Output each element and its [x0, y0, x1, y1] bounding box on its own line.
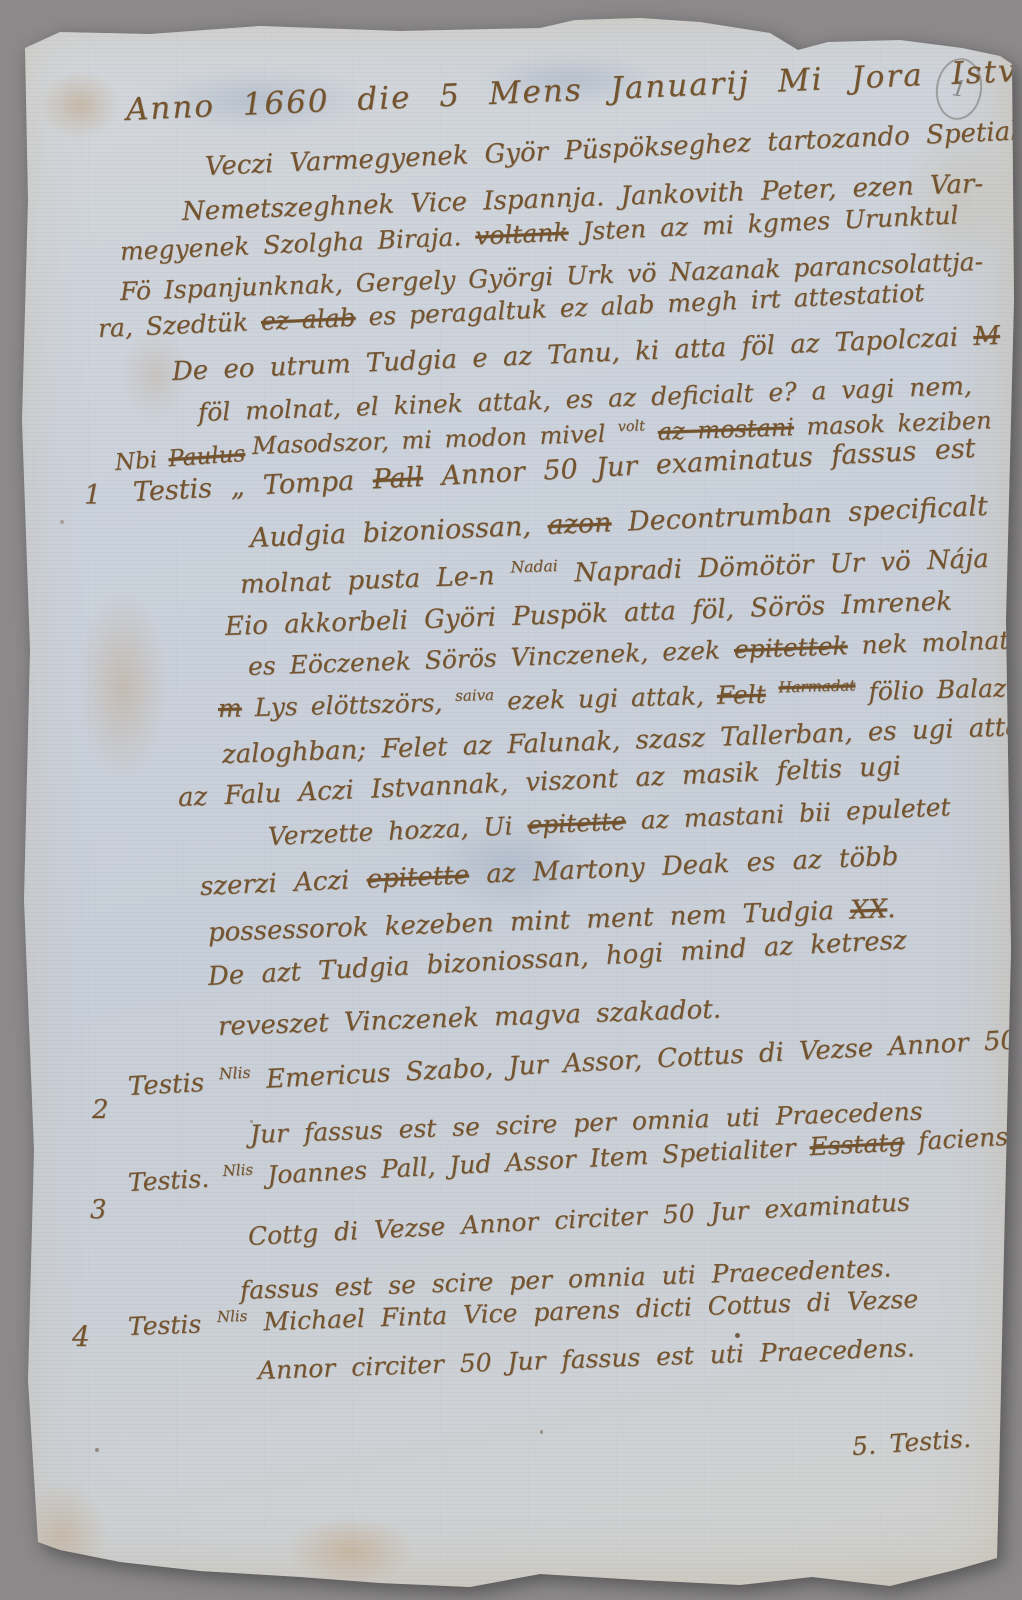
ink-fleck	[60, 520, 64, 524]
ink-fleck	[735, 1333, 740, 1338]
scan-background: { "manuscript": { "background_color": "#…	[0, 0, 1022, 1600]
margin-note: Nbi Paulus	[114, 441, 246, 476]
stain	[286, 1516, 416, 1586]
witness-2-number: 2	[92, 1095, 109, 1125]
ink-fleck	[95, 1448, 99, 1452]
closing-note: 5. Testis.	[851, 1424, 972, 1461]
witness-1-line-2: Audgia bizoniossan, azon Decontrumban sp…	[249, 491, 988, 554]
witness-4-line-2: Annor circiter 50 Jur fassus est uti Pra…	[257, 1333, 915, 1385]
ink-fleck	[540, 1430, 543, 1434]
stain	[40, 70, 120, 140]
witness-4-number: 4	[72, 1320, 90, 1353]
witness-1-number: 1	[84, 480, 101, 511]
manuscript-page: 1 Anno 1660 die 5 Mens Januarij Mi Jora …	[0, 0, 1022, 1600]
stain	[18, 1480, 108, 1590]
date-line: Anno 1660 die 5 Mens Januarij Mi Jora Is…	[125, 51, 1022, 128]
witness-1-line-7: zaloghban; Felet az Falunak, szasz Talle…	[221, 712, 1021, 770]
witness-3-number: 3	[90, 1195, 107, 1225]
manuscript-scan: 1 Anno 1660 die 5 Mens Januarij Mi Jora …	[0, 0, 1022, 1600]
witness-1-line-13: reveszet Vinczenek magva szakadot.	[217, 994, 721, 1042]
witness-1-line-10: szerzi Aczi epitette az Martony Deak es …	[199, 842, 899, 902]
witness-3-line-2: Cottg di Vezse Annor circiter 50 Jur exa…	[247, 1187, 910, 1251]
stain	[78, 590, 168, 780]
